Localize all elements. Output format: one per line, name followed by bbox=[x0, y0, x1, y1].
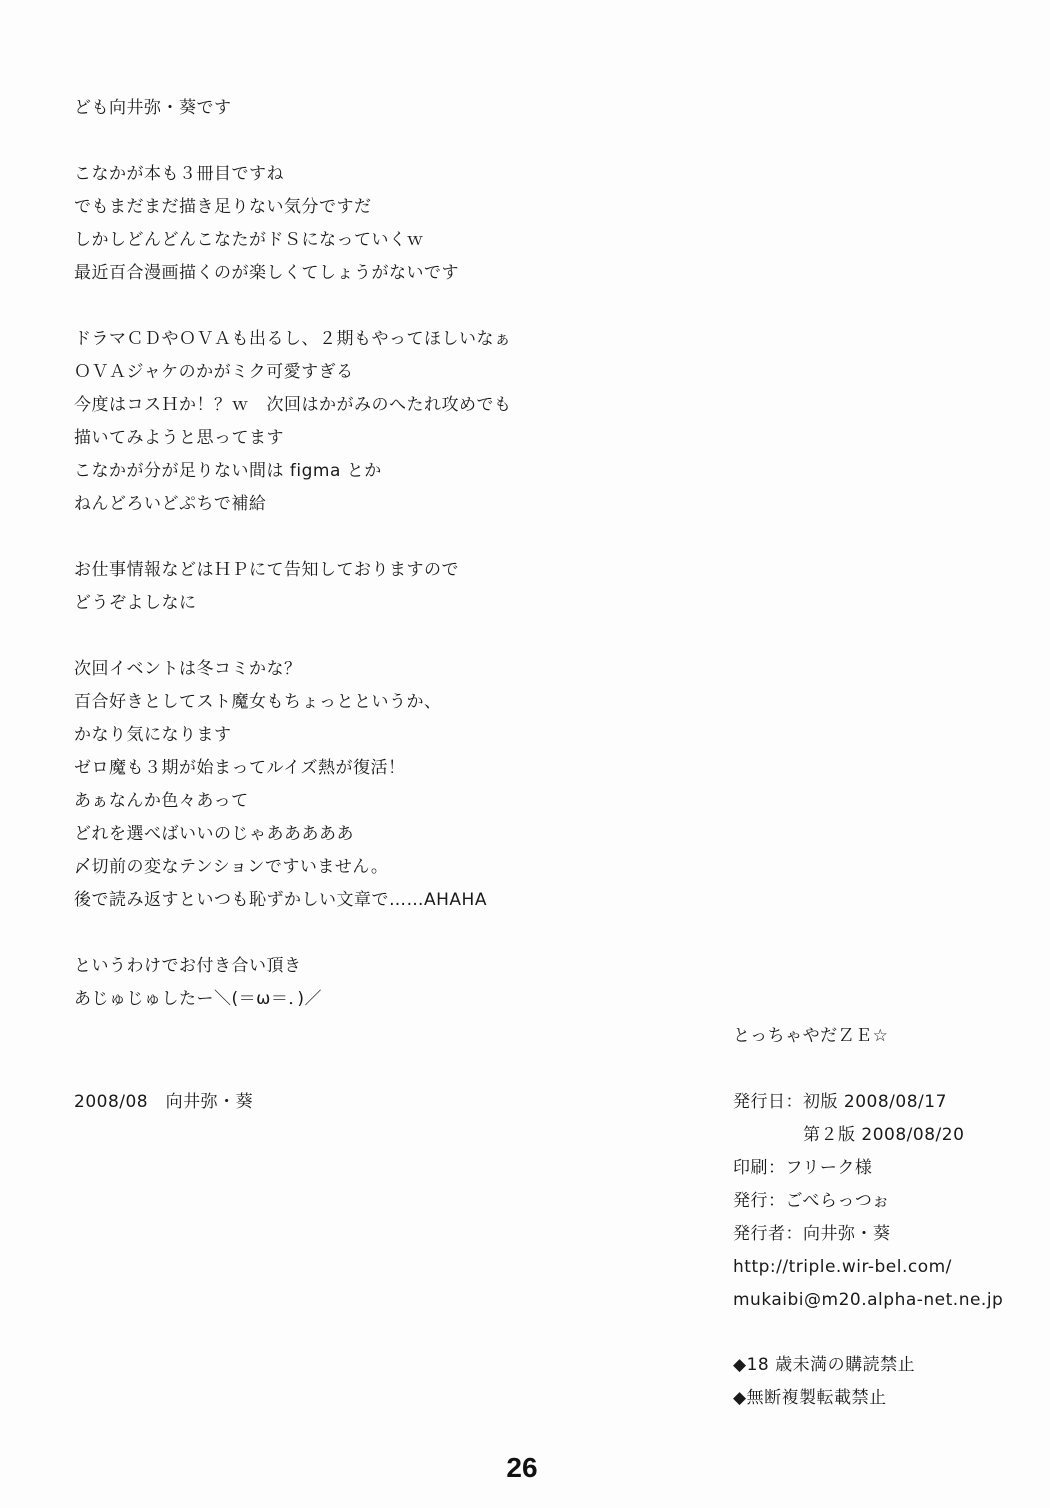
publisher: 発行：ごべらっつぉ bbox=[733, 1185, 1003, 1218]
text-line: ＯＶＡジャケのかがミク可愛すぎる bbox=[74, 356, 512, 389]
colophon: 発行日：初版 2008/08/17 第２版 2008/08/20 印刷：フリーク… bbox=[733, 1086, 1003, 1317]
text-line: 〆切前の変なテンションですいません。 bbox=[74, 851, 512, 884]
text-line: しかしどんどんこなたがドＳになっていくｗ bbox=[74, 224, 512, 257]
text-line: あぁなんか色々あって bbox=[74, 785, 512, 818]
text-line: というわけでお付き合い頂き bbox=[74, 950, 512, 983]
text-line: どうぞよしなに bbox=[74, 587, 512, 620]
text-line: 最近百合漫画描くのが楽しくてしょうがないです bbox=[74, 257, 512, 290]
second-edition-date: 第２版 2008/08/20 bbox=[733, 1119, 1003, 1152]
afterword-text: ども向井弥・葵です こなかが本も３冊目ですね でもまだまだ描き足りない気分ですだ… bbox=[74, 92, 512, 1016]
text-line: どれを選べばいいのじゃあああああ bbox=[74, 818, 512, 851]
text-line: 描いてみようと思ってます bbox=[74, 422, 512, 455]
book-title: とっちゃやだＺＥ☆ bbox=[733, 1020, 888, 1053]
age-restriction-notice: ◆18 歳未満の購読禁止 bbox=[733, 1349, 915, 1382]
text-line: 今度はコスＨか！？ｗ 次回はかがみのへたれ攻めでも bbox=[74, 389, 512, 422]
signature-date-author: 2008/08 向井弥・葵 bbox=[74, 1086, 253, 1119]
book-title-block: とっちゃやだＺＥ☆ bbox=[733, 1020, 888, 1053]
text-line: あじゅじゅしたー＼(＝ω＝．)／ bbox=[74, 983, 512, 1016]
text-line: 次回イベントは冬コミかな？ bbox=[74, 653, 512, 686]
text-line: ども向井弥・葵です bbox=[74, 92, 512, 125]
copy-prohibition-notice: ◆無断複製転載禁止 bbox=[733, 1382, 915, 1415]
issuer: 発行者：向井弥・葵 bbox=[733, 1218, 1003, 1251]
text-line: お仕事情報などはＨＰにて告知しておりますので bbox=[74, 554, 512, 587]
issue-date: 発行日：初版 2008/08/17 bbox=[733, 1086, 1003, 1119]
text-line: こなかが分が足りない間は figma とか bbox=[74, 455, 512, 488]
printer: 印刷：フリーク様 bbox=[733, 1152, 1003, 1185]
text-line: ドラマＣＤやＯＶＡも出るし、２期もやってほしいなぁ bbox=[74, 323, 512, 356]
text-line: かなり気になります bbox=[74, 719, 512, 752]
text-line: ねんどろいどぷちで補給 bbox=[74, 488, 512, 521]
text-line: 百合好きとしてスト魔女もちょっとというか、 bbox=[74, 686, 512, 719]
page-number: 26 bbox=[0, 1452, 1044, 1484]
signature: 2008/08 向井弥・葵 bbox=[74, 1086, 253, 1119]
text-line: ゼロ魔も３期が始まってルイズ熱が復活！ bbox=[74, 752, 512, 785]
website-url: http://triple.wir-bel.com/ bbox=[733, 1251, 1003, 1284]
text-line: 後で読み返すといつも恥ずかしい文章で……AHAHA bbox=[74, 884, 512, 917]
text-line: でもまだまだ描き足りない気分ですだ bbox=[74, 191, 512, 224]
text-line: こなかが本も３冊目ですね bbox=[74, 158, 512, 191]
notices: ◆18 歳未満の購読禁止 ◆無断複製転載禁止 bbox=[733, 1349, 915, 1415]
contact-email: mukaibi@m20.alpha-net.ne.jp bbox=[733, 1284, 1003, 1317]
